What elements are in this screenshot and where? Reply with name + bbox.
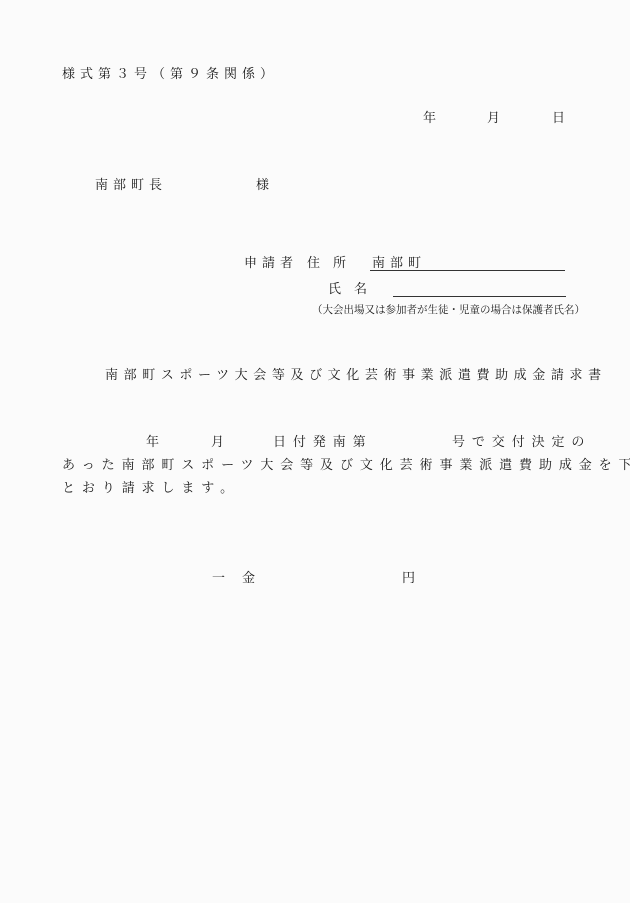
body-line-3: とおり請求します。	[62, 481, 566, 497]
date-month-label: 月	[487, 111, 500, 127]
amount-prefix-ichi: 一	[212, 571, 225, 587]
amount-prefix-kin: 金	[242, 571, 255, 587]
addressee-name: 南部町長	[95, 178, 167, 194]
body-issue-label: 日付発南第	[273, 435, 373, 451]
amount-unit: 円	[402, 571, 415, 587]
applicant-role-label: 申請者	[244, 256, 298, 272]
date-day-label: 日	[552, 111, 565, 127]
form-number: 様式第３号（第９条関係）	[62, 67, 278, 83]
name-label: 氏 名	[328, 282, 367, 298]
guardian-note: （大会出場又は参加者が生徒・児童の場合は保護者氏名）	[312, 302, 585, 318]
date-year-label: 年	[423, 111, 436, 127]
document-title: 南部町スポーツ大会等及び文化芸術事業派遣費助成金請求書	[105, 368, 607, 384]
body-year-label: 年	[146, 435, 159, 451]
body-month-label: 月	[211, 435, 224, 451]
name-underline	[393, 296, 566, 297]
body-number-suffix: 号で交付決定の	[452, 435, 591, 451]
address-label: 住 所	[307, 256, 346, 272]
addressee-honorific: 様	[256, 178, 269, 194]
address-underline	[370, 270, 565, 271]
body-line-2: あった南部町スポーツ大会等及び文化芸術事業派遣費助成金を下記の	[62, 458, 566, 474]
